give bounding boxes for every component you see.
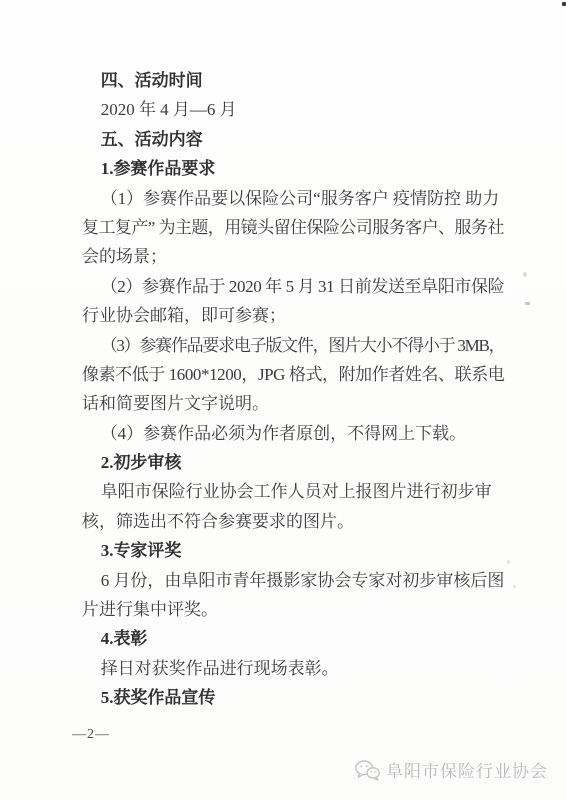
- doc-heading-line: 5.获奖作品宣传: [82, 683, 504, 712]
- document-body: 四、活动时间2020 年 4 月—6 月五、活动内容1.参赛作品要求（1）参赛作…: [82, 66, 504, 713]
- doc-text-line: 6 月份，由阜阳市青年摄影家协会专家对初步审核后图: [82, 566, 504, 595]
- scan-speck: [523, 272, 527, 277]
- doc-text-line: （4）参赛作品必须为作者原创，不得网上下载。: [82, 419, 504, 448]
- doc-text-line: 复工复产” 为主题，用镜头留住保险公司服务客户、服务社: [82, 213, 504, 242]
- doc-text-line: 像素不低于 1600*1200，JPG 格式，附加作者姓名、联系电: [82, 360, 504, 389]
- doc-heading-line: 2.初步审核: [82, 448, 504, 477]
- scan-speck: [525, 302, 530, 305]
- doc-heading-line: 五、活动内容: [82, 125, 504, 154]
- scanned-document-page: 四、活动时间2020 年 4 月—6 月五、活动内容1.参赛作品要求（1）参赛作…: [0, 0, 566, 800]
- doc-text-line: 片进行集中评奖。: [82, 595, 504, 624]
- doc-text-line: 话和简要图片文字说明。: [82, 389, 504, 418]
- doc-text-line: 会的场景；: [82, 242, 504, 271]
- doc-text-line: 阜阳市保险行业协会工作人员对上报图片进行初步审: [82, 477, 504, 506]
- wechat-icon: [354, 759, 380, 781]
- doc-heading-line: 四、活动时间: [82, 66, 504, 95]
- doc-text-line: （1）参赛作品要以保险公司“服务客户 疫情防控 助力: [82, 184, 504, 213]
- footer-brand-label: 阜阳市保险行业协会: [386, 757, 548, 782]
- doc-heading-line: 1.参赛作品要求: [82, 154, 504, 183]
- scan-speck: [562, 2, 566, 6]
- doc-text-line: 择日对获奖作品进行现场表彰。: [82, 654, 504, 683]
- doc-text-line: 2020 年 4 月—6 月: [82, 95, 504, 124]
- doc-heading-line: 3.专家评奖: [82, 536, 504, 565]
- doc-text-line: 行业协会邮箱，即可参赛；: [82, 301, 504, 330]
- doc-text-line: 核，筛选出不符合参赛要求的图片。: [82, 507, 504, 536]
- footer-watermark: 阜阳市保险行业协会: [354, 757, 548, 782]
- scan-speck: [507, 560, 510, 564]
- page-number: —2—: [72, 727, 110, 743]
- doc-text-line: （2）参赛作品于 2020 年 5 月 31 日前发送至阜阳市保险: [82, 272, 504, 301]
- scan-speck: [198, 78, 201, 81]
- scan-speck: [513, 585, 516, 588]
- doc-text-line: （3）参赛作品要求电子版文件，图片大小不得小于 3MB，: [82, 331, 504, 360]
- doc-heading-line: 4.表彰: [82, 624, 504, 653]
